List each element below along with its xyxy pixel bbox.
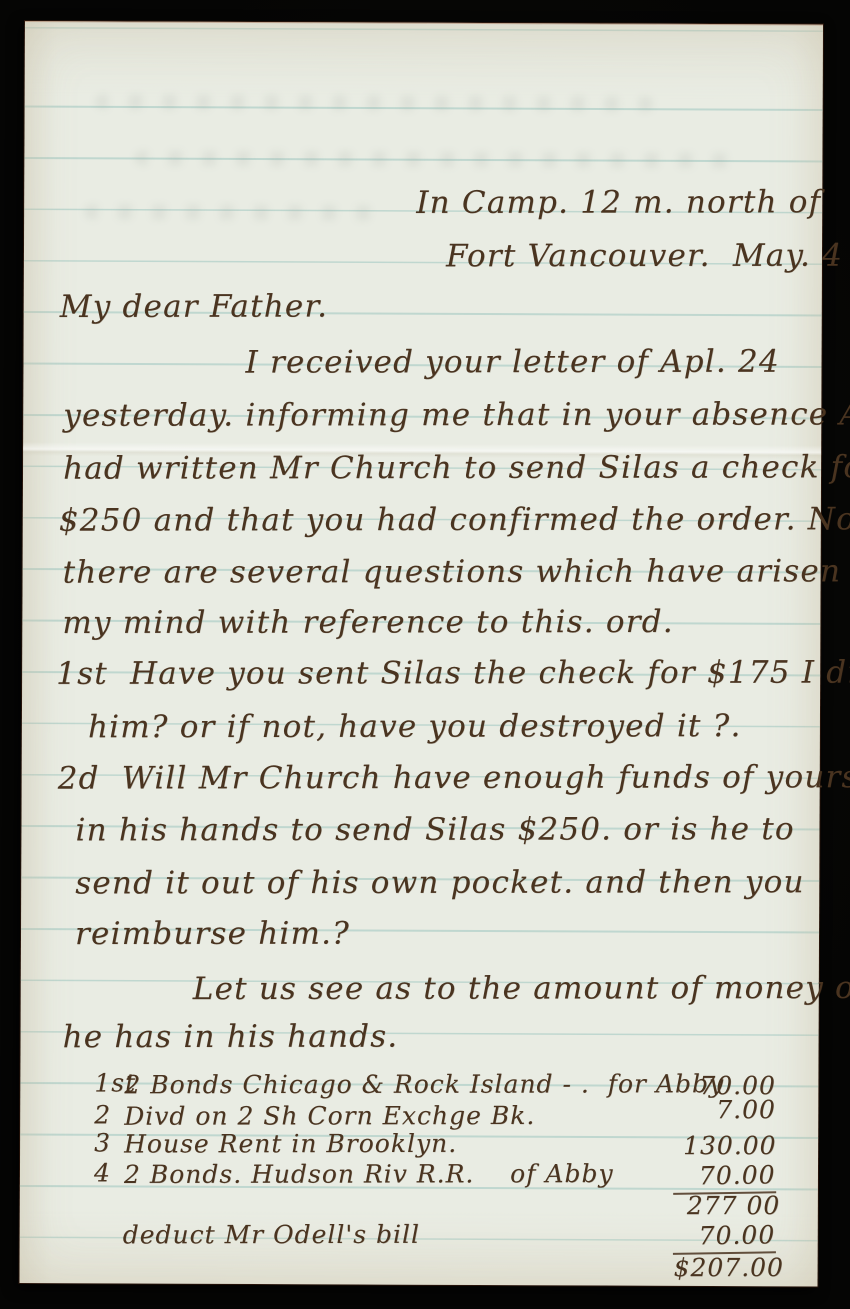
heading-date-line: Fort Vancouver. May. 4 1860 [446,235,850,276]
body-line: I received your letter of Apl. 24 [245,342,779,383]
ink-bleedthrough [84,204,384,220]
account-total: $207.00 [673,1253,783,1283]
account-row-desc: 2 Bonds Chicago & Rock Island - . for Ab… [124,1069,724,1100]
body-line: had written Mr Church to send Silas a ch… [63,447,850,488]
account-row-desc: House Rent in Brooklyn. [124,1129,457,1160]
account-row-number: 3 [94,1128,111,1158]
body-line: send it out of his own pocket. and then … [75,862,804,903]
account-deduction-desc: deduct Mr Odell's bill [123,1220,420,1251]
body-line: yesterday. informing me that in your abs… [63,394,850,436]
account-subtotal: 277 00 [686,1191,780,1221]
body-line-question-1: 1st Have you sent Silas the check for $1… [56,652,850,694]
body-line: Let us see as to the amount of money of … [193,968,850,1009]
account-row-number: 4 [94,1158,111,1188]
heading-place-line: In Camp. 12 m. north of [416,182,821,223]
body-line: $250 and that you had confirmed the orde… [59,499,850,540]
body-line: there are several questions which have a… [63,551,850,592]
body-line: in his hands to send Silas $250. or is h… [75,809,794,850]
account-row-desc: Divd on 2 Sh Corn Exchge Bk. [124,1101,535,1132]
body-line: him? or if not, have you destroyed it ?. [88,706,742,747]
ink-bleedthrough [95,94,655,111]
ink-bleedthrough [134,150,734,168]
salutation: My dear Father. [60,287,328,327]
body-line: my mind with reference to this. ord. [62,602,674,643]
account-row-amount: 130.00 [683,1131,777,1161]
account-row-number: 2 [94,1100,111,1130]
body-line: he has in his hands. [63,1017,399,1058]
account-row-amount: 70.00 [673,1160,776,1195]
account-row-amount: 7.00 [717,1095,777,1125]
letter-page: In Camp. 12 m. north of Fort Vancouver. … [19,21,822,1286]
body-line-question-2: 2d Will Mr Church have enough funds of y… [58,757,850,798]
body-line: reimburse him.? [75,914,350,954]
photo-background: In Camp. 12 m. north of Fort Vancouver. … [0,0,850,1309]
account-row-desc: 2 Bonds. Hudson Riv R.R. of Abby [124,1159,614,1190]
account-deduction-amount: 70.00 [673,1220,776,1255]
